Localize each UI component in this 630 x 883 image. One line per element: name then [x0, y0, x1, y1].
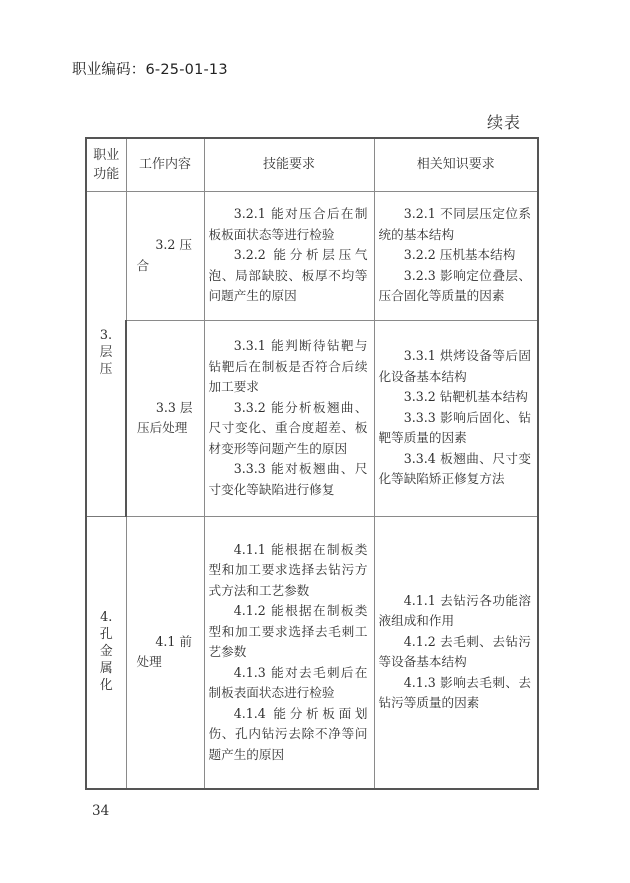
continued-table-label: 续表	[487, 110, 521, 133]
table-row: 3.3 层压后处理 3.3.1 能判断待钻靶与钻靶后在制板是否符合后续加工要求 …	[86, 320, 538, 516]
table-row: 3. 层 压 3.2 压合 3.2.1 能对压合后在制板板面状态等进行检验 3.…	[86, 191, 538, 320]
knowledge-cell: 3.3.1 烘烤设备等后固化设备基本结构 3.3.2 钻靶机基本结构 3.3.3…	[374, 320, 538, 516]
skill-item: 3.3.2 能分析板翘曲、尺寸变化、重合度超差、板材变形等问题产生的原因	[209, 398, 368, 460]
knowledge-item: 3.2.1 不同层压定位系统的基本结构	[379, 204, 532, 245]
skill-item: 3.3.3 能对板翘曲、尺寸变化等缺陷进行修复	[209, 459, 368, 500]
table-row: 4. 孔 金 属 化 4.1 前处理 4.1.1 能根据在制板类型和加工要求选择…	[86, 516, 538, 789]
knowledge-item: 3.2.2 压机基本结构	[379, 245, 532, 266]
skills-cell: 3.3.1 能判断待钻靶与钻靶后在制板是否符合后续加工要求 3.3.2 能分析板…	[204, 320, 374, 516]
column-header-work-content: 工作内容	[126, 138, 204, 191]
function-number: 4.	[99, 609, 113, 626]
occupation-code: 职业编码：6-25-01-13	[72, 58, 228, 79]
work-content-text: 4.1 前处理	[137, 632, 196, 673]
column-header-function-line-2: 功能	[87, 165, 126, 184]
skill-item: 3.2.2 能分析层压气泡、局部缺胶、板厚不均等问题产生的原因	[209, 245, 368, 307]
knowledge-item: 3.3.1 烘烤设备等后固化设备基本结构	[379, 346, 532, 387]
knowledge-item: 3.3.4 板翘曲、尺寸变化等缺陷矫正修复方法	[379, 449, 532, 490]
skills-requirements-table: 职业 功能 工作内容 技能要求 相关知识要求 3. 层 压 3.2 压合 3.2…	[85, 137, 539, 790]
skill-item: 3.2.1 能对压合后在制板板面状态等进行检验	[209, 204, 368, 245]
function-name-char: 属	[99, 660, 113, 677]
knowledge-item: 3.3.2 钻靶机基本结构	[379, 387, 532, 408]
work-content-cell: 4.1 前处理	[126, 516, 204, 789]
work-content-text: 3.2 压合	[137, 235, 196, 276]
column-header-knowledge-requirements: 相关知识要求	[374, 138, 538, 191]
function-cell-lamination: 3. 层 压	[86, 191, 126, 516]
function-name-char: 金	[99, 643, 113, 660]
work-content-cell: 3.2 压合	[126, 191, 204, 320]
function-cell-hole-metallization: 4. 孔 金 属 化	[86, 516, 126, 789]
column-header-function: 职业 功能	[86, 138, 126, 191]
skill-item: 3.3.1 能判断待钻靶与钻靶后在制板是否符合后续加工要求	[209, 336, 368, 398]
function-name-char: 压	[99, 361, 113, 378]
knowledge-cell: 3.2.1 不同层压定位系统的基本结构 3.2.2 压机基本结构 3.2.3 影…	[374, 191, 538, 320]
table-header-row: 职业 功能 工作内容 技能要求 相关知识要求	[86, 138, 538, 191]
knowledge-item: 3.2.3 影响定位叠层、压合固化等质量的因素	[379, 266, 532, 307]
work-content-cell: 3.3 层压后处理	[126, 320, 204, 516]
knowledge-item: 4.1.3 影响去毛刺、去钻污等质量的因素	[379, 673, 532, 714]
skill-item: 4.1.1 能根据在制板类型和加工要求选择去钻污方式方法和工艺参数	[209, 540, 368, 602]
function-name-char: 层	[99, 344, 113, 361]
skill-item: 4.1.2 能根据在制板类型和加工要求选择去毛刺工艺参数	[209, 601, 368, 663]
column-header-function-line-1: 职业	[87, 146, 126, 165]
column-header-skill-requirements: 技能要求	[204, 138, 374, 191]
function-name-char: 孔	[99, 626, 113, 643]
page-number: 34	[92, 803, 109, 819]
knowledge-cell: 4.1.1 去钻污各功能溶液组成和作用 4.1.2 去毛刺、去钻污等设备基本结构…	[374, 516, 538, 789]
work-content-text: 3.3 层压后处理	[137, 398, 196, 439]
function-name-char: 化	[99, 677, 113, 694]
function-number: 3.	[99, 327, 113, 344]
skills-cell: 4.1.1 能根据在制板类型和加工要求选择去钻污方式方法和工艺参数 4.1.2 …	[204, 516, 374, 789]
knowledge-item: 4.1.1 去钻污各功能溶液组成和作用	[379, 591, 532, 632]
skill-item: 4.1.4 能分析板面划伤、孔内钻污去除不净等问题产生的原因	[209, 704, 368, 766]
skill-item: 4.1.3 能对去毛刺后在制板表面状态进行检验	[209, 663, 368, 704]
skills-cell: 3.2.1 能对压合后在制板板面状态等进行检验 3.2.2 能分析层压气泡、局部…	[204, 191, 374, 320]
knowledge-item: 4.1.2 去毛刺、去钻污等设备基本结构	[379, 632, 532, 673]
knowledge-item: 3.3.3 影响后固化、钻靶等质量的因素	[379, 408, 532, 449]
